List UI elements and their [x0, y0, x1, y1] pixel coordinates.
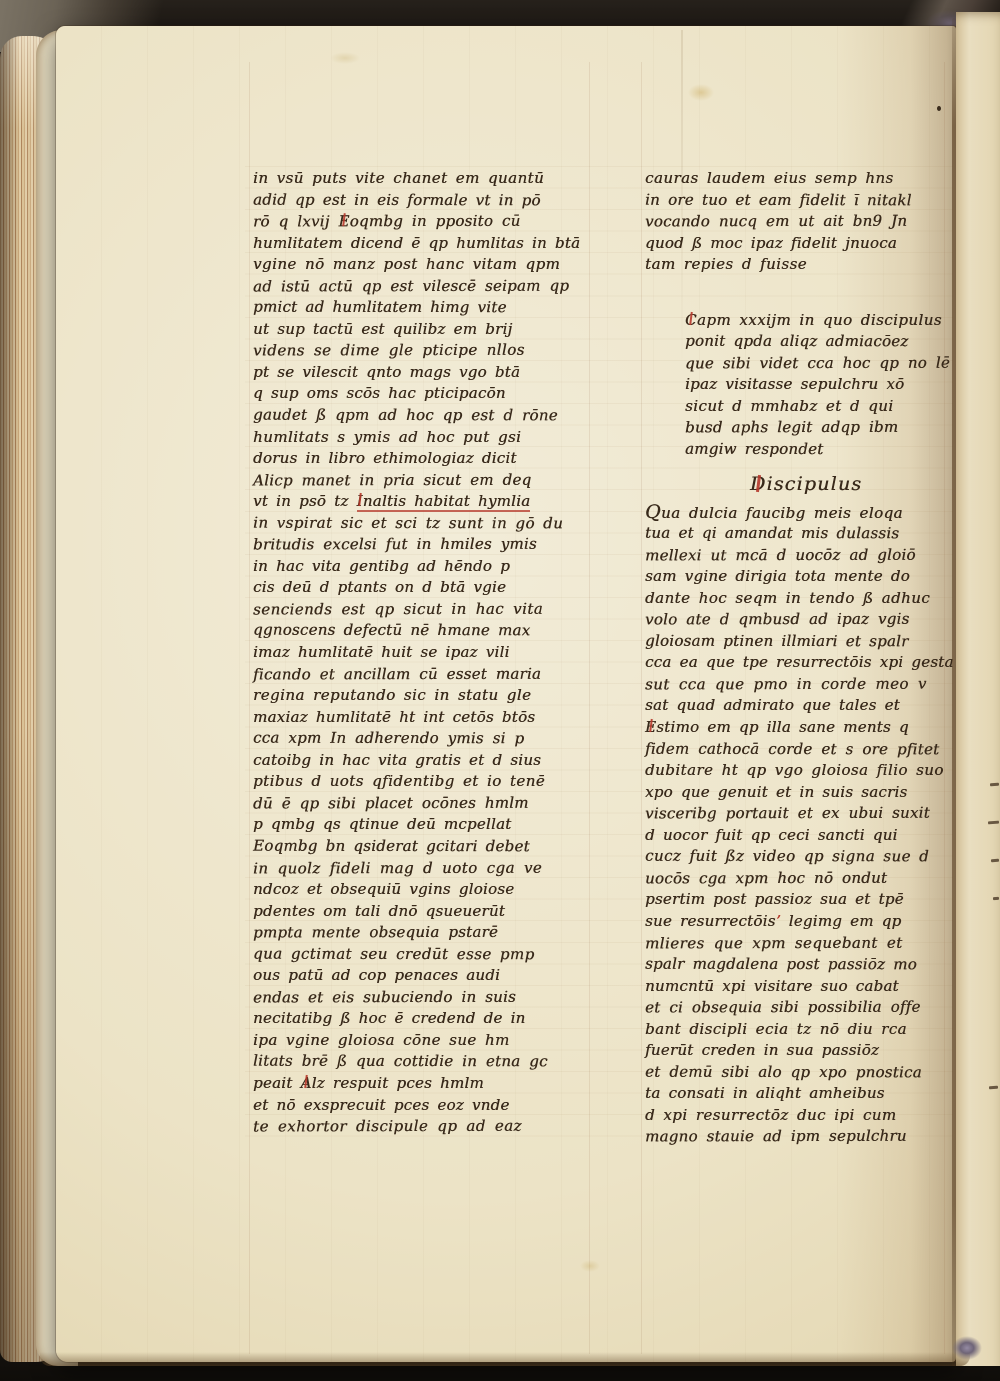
ink-text: oqmbg in pposito cū: [350, 212, 521, 230]
rubricated-text: A: [301, 1074, 312, 1092]
manuscript-line: d xpi resurrectōz duc ipi cum: [645, 1105, 951, 1127]
manuscript-line: pmict ad humlitatem himg vite: [253, 297, 593, 319]
ruling-vertical: [249, 62, 250, 1354]
manuscript-line: busd aphs legit adqp ibm: [685, 417, 951, 439]
ink-text: pmpta mente obsequia pstarē: [253, 923, 498, 942]
text-column-right: cauras laudem eius semp hnsin ore tuo et…: [645, 168, 951, 1148]
manuscript-line: vocando nucq em ut ait bn9 Jn: [645, 211, 951, 233]
manuscript-line: in quolz fideli mag d uoto cga ve: [253, 857, 593, 879]
manuscript-line: in ore tuo et eam fidelit ī nitakl: [645, 189, 951, 211]
rubricated-text: D: [750, 473, 766, 495]
ink-text: fidem cathocā corde et s ore pfitet: [645, 739, 939, 758]
ruling-vertical: [641, 62, 642, 1354]
text-column-left: in vsū puts vite chanet em quantūadid qp…: [253, 168, 593, 1138]
manuscript-line: quod ß moc ipaz fidelit jnuoca: [645, 233, 951, 255]
ink-text: sicut d mmhabz et d qui: [685, 397, 894, 415]
manuscript-line: endas et eis subuciendo in suis: [253, 986, 593, 1008]
ink-text: spalr magdalena post passiōz mo: [645, 955, 917, 974]
ink-speck: [937, 106, 941, 111]
manuscript-line: visceribg portauit et ex ubui suxit: [645, 803, 951, 825]
chapter-rubric: Capm xxxijm in quo discipulusponit qpda …: [645, 310, 951, 461]
manuscript-line: ad istū actū qp est vilescē seipam qp: [253, 275, 593, 297]
ink-text: volo ate d qmbusd ad ipaz vgis: [645, 610, 909, 629]
manuscript-line: p qmbg qs qtinue deū mcpellat: [253, 814, 593, 836]
manuscript-line: dante hoc seqm in tendo ß adhuc: [645, 588, 951, 610]
ink-text: in vspirat sic et sci tz sunt in gō du: [253, 513, 563, 532]
manuscript-line: humlitats s ymis ad hoc put gsi: [253, 427, 593, 449]
rubricated-text: C: [685, 311, 697, 329]
manuscript-line: gloiosam ptinen illmiari et spalr: [645, 631, 951, 653]
ink-text: sut cca que pmo in corde meo v: [645, 675, 927, 694]
ink-text: gloiosam ptinen illmiari et spalr: [645, 632, 909, 651]
ink-text: in vsū puts vite chanet em quantū: [253, 169, 544, 187]
manuscript-line: xpo que genuit et in suis sacris: [645, 782, 951, 804]
manuscript-line: ipaz visitasse sepulchru xō: [685, 374, 951, 396]
manuscript-line: et ci obsequia sibi possibilia offe: [645, 997, 951, 1019]
rubricated-text: ʼ: [776, 912, 781, 930]
ink-text: psertim post passioz sua et tpē: [645, 890, 904, 908]
manuscript-line: imaz humlitatē huit se ipaz vili: [253, 642, 593, 664]
ink-text: ficando et ancillam cū esset maria: [253, 664, 541, 683]
ink-text: mlieres que xpm sequebant et: [645, 933, 903, 952]
manuscript-line: psertim post passioz sua et tpē: [645, 889, 951, 911]
ink-text: ua dulcia faucibg meis eloqa: [661, 504, 903, 522]
manuscript-line: ta consati in aliqht amheibus: [645, 1083, 951, 1105]
manuscript-line: sue resurrectōisʼ legimg em qp: [645, 911, 951, 933]
bleed-through-mark: [993, 897, 999, 900]
rubricated-text: Q: [645, 501, 661, 523]
ink-text: dante hoc seqm in tendo ß adhuc: [645, 589, 930, 607]
ink-text: litats brē ß qua cottidie in etna gc: [253, 1052, 548, 1071]
ink-text: stimo em qp illa sane ments q: [656, 718, 909, 736]
ink-text: cucz fuit ßz video qp signa sue d: [645, 847, 929, 866]
rubricated-text: I: [357, 492, 363, 512]
manuscript-line: ndcoz et obsequiū vgins gloiose: [253, 879, 593, 901]
manuscript-line: Qua dulcia faucibg meis eloqa: [645, 502, 951, 524]
ink-text: ut sup tactū est quilibz em brij: [253, 320, 512, 338]
ink-text: dorus in libro ethimologiaz dicit: [253, 449, 517, 467]
manuscript-line: et nō exsprecuit pces eoz vnde: [253, 1095, 593, 1117]
ink-text: vgine nō manz post hanc vitam qpm: [253, 255, 560, 273]
page-bottom-shadow: [40, 1352, 970, 1366]
ink-text: q sup oms scōs hac pticipacōn: [253, 384, 506, 402]
ink-text: ad istū actū qp est vilescē seipam qp: [253, 276, 569, 295]
rubricated-text: naltis habitat hymlia: [363, 492, 531, 512]
manuscript-line: Capm xxxijm in quo discipulus: [685, 310, 951, 332]
ink-text: visceribg portauit et ex ubui suxit: [645, 804, 930, 823]
manuscript-line: Alicp manet in pria sicut em deq: [253, 469, 593, 491]
bleed-through-mark: [991, 859, 999, 863]
manuscript-line: mlieres que xpm sequebant et: [645, 932, 951, 954]
ink-text: busd aphs legit adqp ibm: [685, 418, 898, 437]
ink-text: videns se dime gle pticipe nllos: [253, 341, 525, 360]
manuscript-line: gaudet ß qpm ad hoc qp est d rōne: [253, 405, 593, 427]
speaker-heading-discipulus: Discipulus: [645, 471, 951, 497]
ink-text: ndcoz et obsequiū vgins gloiose: [253, 880, 514, 898]
manuscript-line: sicut d mmhabz et d qui: [685, 396, 951, 418]
manuscript-line: peait Alz respuit pces hmlm: [253, 1073, 593, 1095]
rubricated-text: E: [645, 718, 656, 736]
ink-text: qgnoscens defectū nē hmane max: [253, 621, 530, 640]
manuscript-line: qua gctimat seu credūt esse pmp: [253, 943, 593, 965]
ink-text: pmict ad humlitatem himg vite: [253, 298, 507, 317]
ink-text: necitatibg ß hoc ē credend de in: [253, 1009, 525, 1027]
manuscript-line: fidem cathocā corde et s ore pfitet: [645, 738, 951, 760]
manuscript-line: Estimo em qp illa sane ments q: [645, 717, 951, 739]
ink-text: ous patū ad cop penaces audi: [253, 966, 500, 984]
manuscript-line: cca xpm In adherendo ymis si p: [253, 728, 593, 750]
ink-text: cca xpm In adherendo ymis si p: [253, 729, 524, 748]
ink-text: senciends est qp sicut in hac vita: [253, 600, 543, 619]
manuscript-line: necitatibg ß hoc ē credend de in: [253, 1008, 593, 1030]
ink-text: ta consati in aliqht amheibus: [645, 1084, 885, 1102]
ink-text: vt in psō tz: [253, 492, 357, 510]
manuscript-line: ous patū ad cop penaces audi: [253, 965, 593, 987]
ink-text: sue resurrectōis: [645, 912, 776, 930]
ink-text: et nō exsprecuit pces eoz vnde: [253, 1096, 510, 1114]
ink-text: sam vgine dirigia tota mente do: [645, 567, 910, 585]
manuscript-line: in vsū puts vite chanet em quantū: [253, 168, 593, 190]
ink-text: d xpi resurrectōz duc ipi cum: [645, 1106, 896, 1124]
manuscript-line: cauras laudem eius semp hns: [645, 168, 951, 190]
manuscript-line: in vspirat sic et sci tz sunt in gō du: [253, 512, 593, 534]
ink-text: maxiaz humlitatē ht int cetōs btōs: [253, 708, 535, 726]
manuscript-line: spalr magdalena post passiōz mo: [645, 954, 951, 976]
bleed-through-mark: [989, 1086, 998, 1090]
facing-page-sliver: [956, 12, 1000, 1366]
ink-text: bant discipli ecia tz nō diu rca: [645, 1020, 907, 1038]
manuscript-line: tam repies d fuisse: [645, 254, 951, 276]
ink-text: in quolz fideli mag d uoto cga ve: [253, 858, 542, 877]
ink-text: gaudet ß qpm ad hoc qp est d rōne: [253, 406, 558, 425]
manuscript-line: vt in psō tz Inaltis habitat hymlia: [253, 491, 593, 513]
manuscript-line: pmpta mente obsequia pstarē: [253, 922, 593, 944]
ink-text: qua gctimat seu credūt esse pmp: [253, 944, 535, 963]
manuscript-line: rō q lxvij Eoqmbg in pposito cū: [253, 211, 593, 233]
ink-text: tua et qi amandat mis dulassis: [645, 524, 899, 543]
manuscript-line: dubitare ht qp vgo gloiosa filio suo: [645, 760, 951, 782]
ink-text: in hac vita gentibg ad hēndo p: [253, 557, 510, 575]
ink-text: iscipulus: [766, 473, 862, 495]
manuscript-line: regina reputando sic in statu gle: [253, 685, 593, 707]
manuscript-line: tua et qi amandat mis dulassis: [645, 523, 951, 545]
manuscript-line: catoibg in hac vita gratis et d sius: [253, 750, 593, 772]
manuscript-line: cca ea que tpe resurrectōis xpi gesta: [645, 652, 951, 674]
ink-text: cis deū d ptants on d btā vgie: [253, 578, 506, 596]
manuscript-line: et demū sibi alo qp xpo pnostica: [645, 1061, 951, 1083]
ink-text: numcntū xpi visitare suo cabat: [645, 977, 899, 995]
ink-text: endas et eis subuciendo in suis: [253, 988, 516, 1007]
manuscript-line: cucz fuit ßz video qp signa sue d: [645, 846, 951, 868]
ink-text: pdentes om tali dnō qsueuerūt: [253, 902, 505, 920]
manuscript-line: ficando et ancillam cū esset maria: [253, 663, 593, 685]
ink-text: ptibus d uots qfidentibg et io tenē: [253, 772, 545, 790]
paragraph-invocation: cauras laudem eius semp hnsin ore tuo et…: [645, 168, 951, 276]
ink-text: dubitare ht qp vgo gloiosa filio suo: [645, 761, 944, 779]
manuscript-line: amgiw respondet: [685, 439, 951, 461]
ink-text: humlitatem dicend ē qp humlitas in btā: [253, 234, 580, 252]
ink-text: que sibi videt cca hoc qp no lē: [685, 353, 950, 372]
ink-text: sat quad admirato que tales et: [645, 696, 900, 714]
ink-text: et demū sibi alo qp xpo pnostica: [645, 1062, 922, 1081]
manuscript-line: mellexi ut mcā d uocōz ad gloiō: [645, 544, 951, 566]
manuscript-line: uocōs cga xpm hoc nō ondut: [645, 867, 951, 889]
manuscript-line: adid qp est in eis formale vt in pō: [253, 189, 593, 211]
manuscript-line: ipa vgine gloiosa cōne sue hm: [253, 1030, 593, 1052]
rubricated-text: E: [338, 212, 349, 230]
ink-text: rō q lxvij: [253, 212, 338, 230]
manuscript-line: volo ate d qmbusd ad ipaz vgis: [645, 609, 951, 631]
ink-text: apm xxxijm in quo discipulus: [697, 311, 942, 329]
ink-text: Alicp manet in pria sicut em deq: [253, 470, 531, 489]
manuscript-line: que sibi videt cca hoc qp no lē: [685, 352, 951, 374]
manuscript-line: ut sup tactū est quilibz em brij: [253, 319, 593, 341]
manuscript-line: dū ē qp sibi placet ocōnes hmlm: [253, 792, 593, 814]
ink-text: cca ea que tpe resurrectōis xpi gesta: [645, 653, 954, 671]
manuscript-line: maxiaz humlitatē ht int cetōs btōs: [253, 707, 593, 729]
ink-text: ponit qpda aliqz admiacōez: [685, 332, 908, 350]
manuscript-line: ptibus d uots qfidentibg et io tenē: [253, 771, 593, 793]
manuscript-line: sam vgine dirigia tota mente do: [645, 566, 951, 588]
ink-text: xpo que genuit et in suis sacris: [645, 783, 907, 801]
manuscript-line: senciends est qp sicut in hac vita: [253, 598, 593, 620]
ink-text: mellexi ut mcā d uocōz ad gloiō: [645, 545, 916, 564]
bleed-through-mark: [990, 783, 999, 787]
ink-text: uocōs cga xpm hoc nō ondut: [645, 869, 887, 888]
manuscript-line: te exhortor discipule qp ad eaz: [253, 1116, 593, 1138]
ink-text: peait: [253, 1074, 301, 1092]
ink-text: catoibg in hac vita gratis et d sius: [253, 751, 541, 769]
ink-text: adid qp est in eis formale vt in pō: [253, 190, 541, 209]
ink-text: legimg em qp: [781, 912, 902, 930]
manuscript-photo: in vsū puts vite chanet em quantūadid qp…: [0, 0, 1000, 1381]
ink-text: britudis excelsi fut in hmiles ymis: [253, 535, 537, 554]
manuscript-line: numcntū xpi visitare suo cabat: [645, 976, 951, 998]
ink-text: magno stauie ad ipm sepulchru: [645, 1127, 907, 1146]
manuscript-line: vgine nō manz post hanc vitam qpm: [253, 254, 593, 276]
ink-text: p qmbg qs qtinue deū mcpellat: [253, 815, 511, 833]
manuscript-line: sut cca que pmo in corde meo v: [645, 674, 951, 696]
ink-text: regina reputando sic in statu gle: [253, 686, 531, 704]
ink-text: ipa vgine gloiosa cōne sue hm: [253, 1031, 510, 1049]
manuscript-line: qgnoscens defectū nē hmane max: [253, 620, 593, 642]
manuscript-line: pt se vilescit qnto mags vgo btā: [253, 362, 593, 384]
ink-text: lz respuit pces hmlm: [312, 1074, 484, 1092]
ink-text: amgiw respondet: [685, 440, 824, 458]
ink-text: quod ß moc ipaz fidelit jnuoca: [645, 234, 897, 252]
manuscript-line: in hac vita gentibg ad hēndo p: [253, 556, 593, 578]
ink-text: pt se vilescit qnto mags vgo btā: [253, 363, 520, 381]
manuscript-line: pdentes om tali dnō qsueuerūt: [253, 901, 593, 923]
ink-text: ipaz visitasse sepulchru xō: [685, 375, 904, 393]
ink-text: fuerūt creden in sua passiōz: [645, 1041, 879, 1059]
ink-text: humlitats s ymis ad hoc put gsi: [253, 428, 521, 446]
ink-text: cauras laudem eius semp hns: [645, 169, 894, 187]
ink-text: imaz humlitatē huit se ipaz vili: [253, 643, 510, 661]
manuscript-line: ponit qpda aliqz admiacōez: [685, 331, 951, 353]
manuscript-line: q sup oms scōs hac pticipacōn: [253, 383, 593, 405]
ink-text: vocando nucq em ut ait bn9 Jn: [645, 212, 907, 231]
manuscript-line: Discipulus: [750, 471, 951, 497]
ink-text: dū ē qp sibi placet ocōnes hmlm: [253, 794, 529, 813]
ink-text: in ore tuo et eam fidelit ī nitakl: [645, 190, 912, 209]
manuscript-line: d uocor fuit qp ceci sancti qui: [645, 825, 951, 847]
manuscript-line: dorus in libro ethimologiaz dicit: [253, 448, 593, 470]
manuscript-line: cis deū d ptants on d btā vgie: [253, 577, 593, 599]
ink-text: te exhortor discipule qp ad eaz: [253, 1117, 522, 1136]
manuscript-line: litats brē ß qua cottidie in etna gc: [253, 1051, 593, 1073]
ink-text: tam repies d fuisse: [645, 255, 807, 273]
manuscript-line: britudis excelsi fut in hmiles ymis: [253, 534, 593, 556]
ink-text: Eoqmbg bn qsiderat gcitari debet: [253, 837, 530, 856]
manuscript-line: videns se dime gle pticipe nllos: [253, 340, 593, 362]
ink-text: d uocor fuit qp ceci sancti qui: [645, 826, 898, 844]
manuscript-line: humlitatem dicend ē qp humlitas in btā: [253, 233, 593, 255]
manuscript-line: Eoqmbg bn qsiderat gcitari debet: [253, 836, 593, 858]
ink-text: et ci obsequia sibi possibilia offe: [645, 998, 921, 1017]
manuscript-line: sat quad admirato que tales et: [645, 695, 951, 717]
manuscript-line: magno stauie ad ipm sepulchru: [645, 1126, 951, 1148]
manuscript-line: bant discipli ecia tz nō diu rca: [645, 1019, 951, 1041]
paragraph-discipulus: Qua dulcia faucibg meis eloqatua et qi a…: [645, 502, 951, 1148]
manuscript-line: fuerūt creden in sua passiōz: [645, 1040, 951, 1062]
